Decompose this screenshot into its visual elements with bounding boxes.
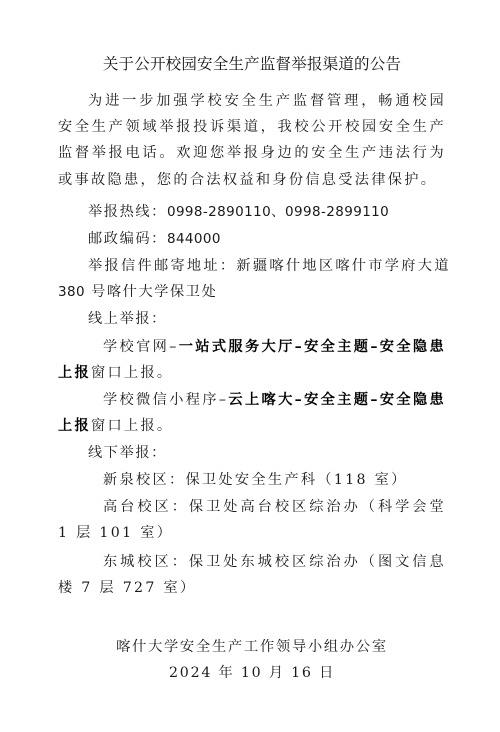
online-item-website: 学校官网–一站式服务大厅–安全主题–安全隐患上报窗口上报。 [58, 334, 446, 386]
signature-office: 喀什大学安全生产工作领导小组办公室 [58, 636, 446, 656]
offline-item-xinquan: 新泉校区：保卫处安全生产科（118 室） [58, 467, 446, 493]
address-number: 380 [58, 284, 85, 300]
offline-heading: 线下举报： [88, 440, 167, 466]
online-item-suffix: 窗口上报。 [91, 418, 173, 434]
hotline-line: 举报热线：0998-2890110、0998-2899110 [88, 199, 389, 225]
address-line-1: 举报信件邮寄地址：新疆喀什地区喀什市学府大道 [88, 253, 451, 279]
postcode-line: 邮政编码：844000 [88, 226, 221, 252]
postcode-label: 邮政编码： [88, 231, 167, 247]
hotline-label: 举报热线： [88, 204, 167, 220]
hotline-numbers: 0998-2890110、0998-2899110 [167, 204, 389, 220]
online-item-wechat: 学校微信小程序–云上喀大–安全主题–安全隐患上报窗口上报。 [58, 387, 446, 439]
address-value-line1: 新疆喀什地区喀什市学府大道 [236, 258, 450, 274]
campus-location: 保卫处安全生产科（118 室） [185, 472, 407, 488]
document-title: 关于公开校园安全生产监督举报渠道的公告 [58, 52, 446, 74]
campus-name: 高台校区： [103, 499, 189, 515]
intro-paragraph: 为进一步加强学校安全生产监督管理，畅通校园安全生产领域举报投诉渠道，我校公开校园… [58, 88, 446, 193]
address-value-line2: 号喀什大学保卫处 [85, 284, 217, 300]
online-item-suffix: 窗口上报。 [91, 365, 173, 381]
online-item-prefix: 学校微信小程序– [103, 392, 228, 408]
online-item-prefix: 学校官网– [103, 339, 179, 355]
address-line-2: 380 号喀什大学保卫处 [58, 279, 217, 305]
signature-date: 2024 年 10 月 16 日 [58, 662, 446, 682]
postcode-value: 844000 [167, 231, 221, 247]
address-label: 举报信件邮寄地址： [88, 258, 236, 274]
online-heading: 线上举报： [88, 306, 167, 332]
offline-item-dongcheng: 东城校区：保卫处东城校区综治办（图文信息楼 7 层 727 室） [58, 549, 446, 601]
offline-item-gaotai: 高台校区：保卫处高台校区综治办（科学会堂 1 层 101 室） [58, 494, 446, 546]
campus-name: 东城校区： [103, 554, 189, 570]
campus-name: 新泉校区： [103, 472, 185, 488]
